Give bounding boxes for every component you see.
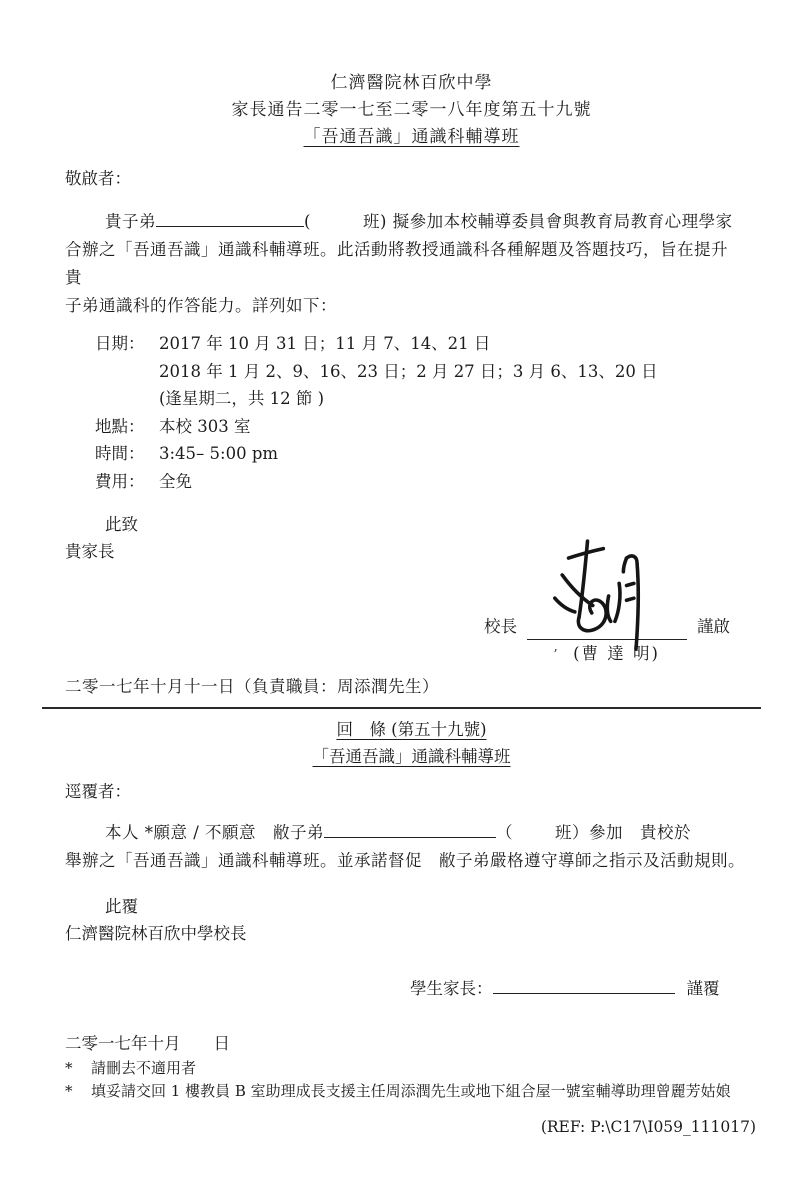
body-line-3: 子弟通識科的作答能力。詳列如下： — [65, 292, 758, 320]
footnote-2: * 填妥請交回 1 樓教員 B 室助理成長支援主任周添潤先生或地下組合屋一號室輔… — [65, 1080, 758, 1103]
parent-signature-row: 學生家長：謹覆 — [410, 975, 758, 1002]
closing-this-to: 此致 — [65, 511, 758, 538]
notice-header: 仁濟醫院林百欣中學 家長通告二零一七至二零一八年度第五十九號 「吾通吾識」通識科… — [65, 70, 758, 151]
date-line-2: 2018 年 1 月 2、9、16、23 日；2 月 27 日；3 月 6、13… — [159, 358, 658, 386]
parent-honorific: 謹覆 — [687, 979, 720, 998]
reply-line1-prefix: 本人 *願意 / 不願意 敝子弟 — [65, 823, 324, 842]
parent-signature-blank — [493, 978, 675, 994]
body-line-1: 貴子弟(班) 擬參加本校輔導委員會與教育局教育心理學家 — [65, 208, 758, 236]
time-value: 3:45– 5:00 pm — [159, 440, 278, 468]
reply-line1-rest: 班）參加 貴校於 — [555, 823, 691, 842]
notice-title: 「吾通吾識」通識科輔導班 — [304, 127, 520, 147]
reply-line-1: 本人 *願意 / 不願意 敝子弟（班）參加 貴校於 — [65, 819, 758, 847]
reply-date-line: 二零一七年十月 日 — [65, 1030, 758, 1057]
principal-signature-line — [527, 615, 687, 640]
reply-slip-subtitle: 「吾通吾識」通識科輔導班 — [313, 747, 511, 766]
principal-signature-scribble — [549, 537, 645, 653]
venue-label: 地點： — [95, 413, 159, 441]
reply-closing: 此覆 — [65, 893, 758, 920]
notice-number: 家長通告二零一七至二零一八年度第五十九號 — [65, 97, 758, 124]
issue-date-line: 二零一七年十月十一日（負責職員：周添潤先生） — [65, 673, 758, 700]
footnote-1: * 請刪去不適用者 — [65, 1057, 758, 1080]
detail-row-fee: 費用： 全免 — [95, 468, 758, 496]
footnotes: * 請刪去不適用者 * 填妥請交回 1 樓教員 B 室助理成長支援主任周添潤先生… — [65, 1057, 758, 1102]
body-line1-prefix: 貴子弟 — [65, 212, 156, 231]
body-line1-rest: 班) 擬參加本校輔導委員會與教育局教育心理學家 — [363, 212, 733, 231]
date-line-1: 2017 年 10 月 31 日；11 月 7、14、21 日 — [159, 330, 658, 358]
date-label: 日期： — [95, 330, 159, 358]
detail-row-time: 時間： 3:45– 5:00 pm — [95, 440, 758, 468]
body-line-2: 合辦之「吾通吾識」通識科輔導班。此活動將教授通識科各種解題及答題技巧，旨在提升 … — [65, 236, 758, 292]
detail-row-venue: 地點： 本校 303 室 — [95, 413, 758, 441]
reply-class-open-paren: （ — [496, 823, 513, 842]
footnote-2-text: 填妥請交回 1 樓教員 B 室助理成長支援主任周添潤先生或地下組合屋一號室輔導助… — [91, 1080, 731, 1103]
class-open-paren: ( — [304, 212, 311, 231]
notice-page: 仁濟醫院林百欣中學 家長通告二零一七至二零一八年度第五十九號 「吾通吾識」通識科… — [0, 0, 800, 1200]
reply-closing-block: 此覆 仁濟醫院林百欣中學校長 — [65, 893, 758, 947]
salutation: 敬啟者： — [65, 165, 758, 192]
details-list: 日期： 2017 年 10 月 31 日；11 月 7、14、21 日 2018… — [95, 330, 758, 495]
reply-slip-heading: 回 條 (第五十九號) 「吾通吾識」通識科輔導班 — [65, 716, 758, 770]
reply-paragraph: 本人 *願意 / 不願意 敝子弟（班）參加 貴校於 舉辦之「吾通吾識」通識科輔導… — [65, 819, 758, 875]
body-paragraph: 貴子弟(班) 擬參加本校輔導委員會與教育局教育心理學家 合辦之「吾通吾識」通識科… — [65, 208, 758, 320]
principal-name-row: ʼ(曹 達 明) — [65, 640, 758, 669]
reply-slip-title: 回 條 (第五十九號) — [336, 720, 486, 739]
venue-value: 本校 303 室 — [159, 413, 250, 441]
student-name-blank — [156, 211, 304, 227]
signature-honorific: 謹啟 — [697, 613, 730, 640]
fee-value: 全免 — [159, 468, 192, 496]
reply-principal-line: 仁濟醫院林百欣中學校長 — [65, 920, 758, 947]
parent-label: 學生家長： — [410, 979, 493, 998]
closing-recipient: 貴家長 — [65, 538, 758, 565]
signature-block: 校長 謹啟 — [65, 613, 730, 640]
date-line-3: (逢星期二，共 12 節 ) — [159, 385, 658, 413]
reply-line-2: 舉辦之「吾通吾識」通識科輔導班。並承諾督促 敝子弟嚴格遵守導師之指示及活動規則。 — [65, 847, 758, 875]
detail-row-date: 日期： 2017 年 10 月 31 日；11 月 7、14、21 日 2018… — [95, 330, 758, 413]
principal-title-label: 校長 — [484, 613, 517, 640]
reference-code: (REF: P:\C17\I059_111017) — [65, 1114, 758, 1141]
school-name: 仁濟醫院林百欣中學 — [65, 70, 758, 97]
reply-student-name-blank — [324, 822, 496, 838]
footnote-1-text: 請刪去不適用者 — [91, 1057, 196, 1080]
footnote-2-star: * — [65, 1080, 91, 1103]
closing-block: 此致 貴家長 — [65, 511, 758, 565]
fee-label: 費用： — [95, 468, 159, 496]
reply-salutation: 逕覆者： — [65, 778, 758, 805]
time-label: 時間： — [95, 440, 159, 468]
date-value: 2017 年 10 月 31 日；11 月 7、14、21 日 2018 年 1… — [159, 330, 658, 413]
section-divider — [42, 707, 761, 709]
footnote-1-star: * — [65, 1057, 91, 1080]
